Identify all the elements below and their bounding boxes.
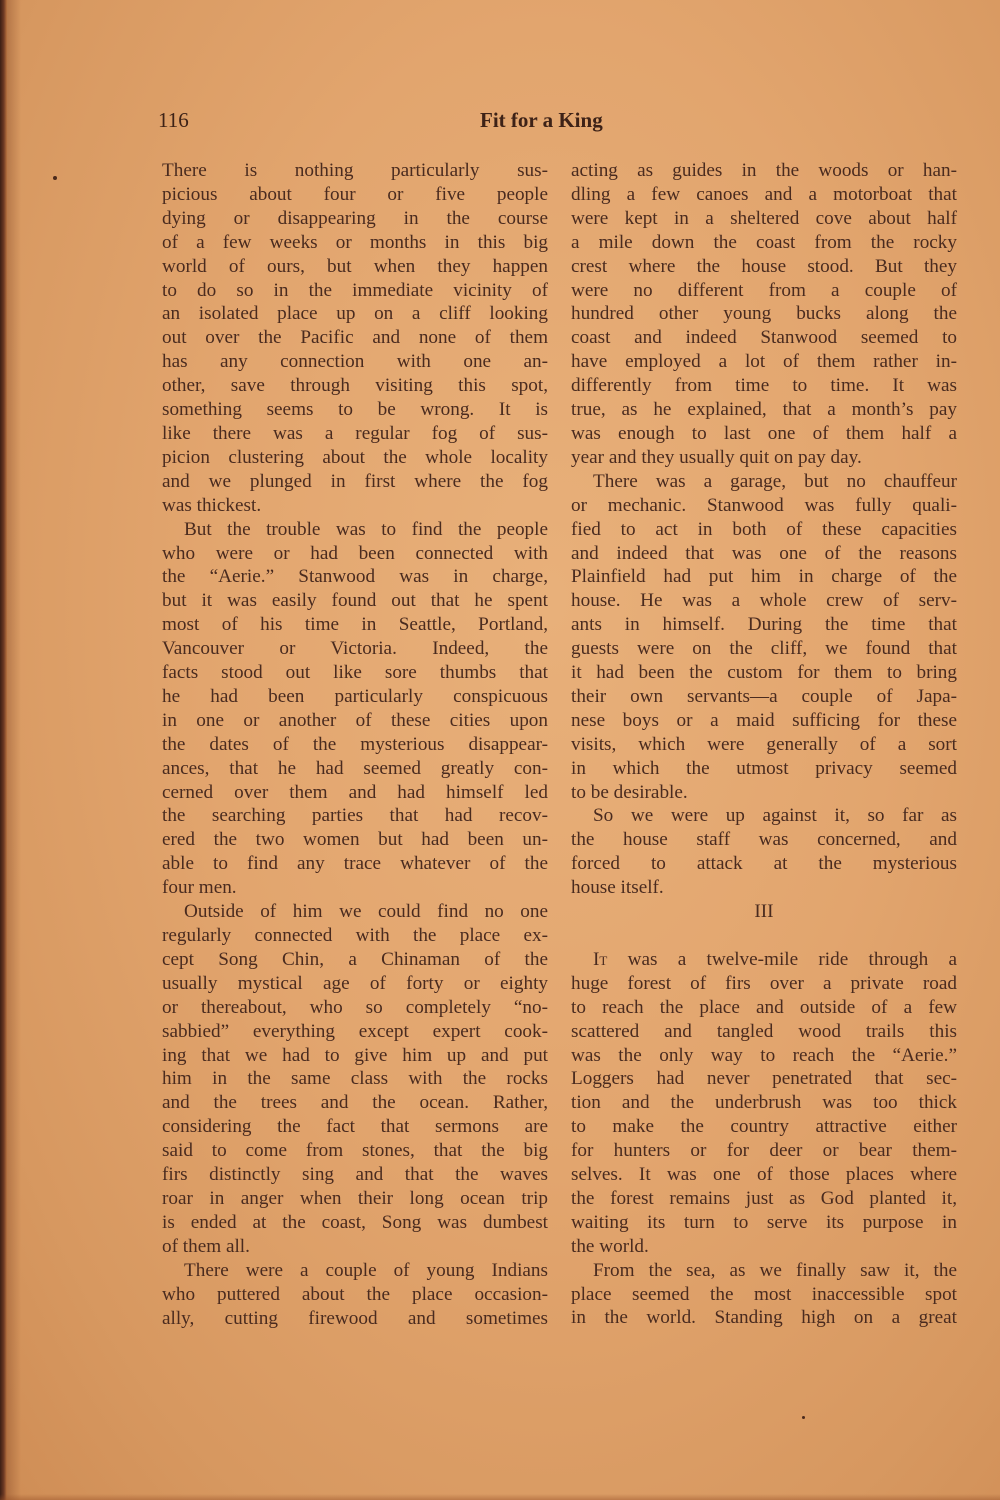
text-line: four men.: [162, 876, 548, 900]
text-line: it had been the custom for them to bring: [571, 661, 957, 685]
text-line: picious about four or five people: [162, 183, 548, 207]
text-line: and we plunged in first where the fog: [162, 470, 548, 494]
text-line: the “Aerie.” Stanwood was in charge,: [162, 565, 548, 589]
text-line: who puttered about the place occasion-: [162, 1283, 548, 1307]
left-text-column: There is nothing particularly sus- picio…: [162, 159, 548, 1330]
text-line: the dates of the mysterious disappear-: [162, 733, 548, 757]
text-line: and indeed that was one of the reasons: [571, 542, 957, 566]
text-line: or thereabout, who so completely “no-: [162, 996, 548, 1020]
text-line: regularly connected with the place ex-: [162, 924, 548, 948]
text-line: him in the same class with the rocks: [162, 1067, 548, 1091]
text-line: their own servants—a couple of Japa-: [571, 685, 957, 709]
text-line: house itself.: [571, 876, 957, 900]
text-line: he had been particularly conspicuous: [162, 685, 548, 709]
text-line: is ended at the coast, Song was dumbest: [162, 1211, 548, 1235]
text-line: the forest remains just as God planted i…: [571, 1187, 957, 1211]
text-line: of them all.: [162, 1235, 548, 1259]
paragraph-start-line: But the trouble was to find the people: [162, 518, 548, 542]
text-line: ing that we had to give him up and put: [162, 1044, 548, 1068]
text-line: year and they usually quit on pay day.: [571, 446, 957, 470]
text-line: has any connection with one an-: [162, 350, 548, 374]
text-line: dling a few canoes and a motorboat that: [571, 183, 957, 207]
text-line: coast and indeed Stanwood seemed to: [571, 326, 957, 350]
text-line: and the trees and the ocean. Rather,: [162, 1091, 548, 1115]
text-line: in one or another of these cities upon: [162, 709, 548, 733]
text-line: Plainfield had put him in charge of the: [571, 565, 957, 589]
text-line: said to come from stones, that the big: [162, 1139, 548, 1163]
text-line: have employed a lot of them rather in-: [571, 350, 957, 374]
text-line: differently from time to time. It was: [571, 374, 957, 398]
text-line: to do so in the immediate vicinity of: [162, 279, 548, 303]
text-line: firs distinctly sing and that the waves: [162, 1163, 548, 1187]
paragraph-start-line: From the sea, as we finally saw it, the: [571, 1259, 957, 1283]
text-line: were kept in a sheltered cove about half: [571, 207, 957, 231]
text-line: cept Song Chin, a Chinaman of the: [162, 948, 548, 972]
text-line: usually mystical age of forty or eighty: [162, 972, 548, 996]
text-line: Loggers had never penetrated that sec-: [571, 1067, 957, 1091]
page-number: 116: [158, 108, 189, 133]
text-line: true, as he explained, that a month’s pa…: [571, 398, 957, 422]
section-heading: III: [571, 900, 957, 924]
text-line: considering the fact that sermons are: [162, 1115, 548, 1139]
text-line: picion clustering about the whole locali…: [162, 446, 548, 470]
paragraph-start-line: There was a garage, but no chauffeur: [571, 470, 957, 494]
text-line: house. He was a whole crew of serv-: [571, 589, 957, 613]
text-line: place seemed the most inaccessible spot: [571, 1283, 957, 1307]
text-line: scattered and tangled wood trails this: [571, 1020, 957, 1044]
text-line: acting as guides in the woods or han-: [571, 159, 957, 183]
text-line: huge forest of firs over a private road: [571, 972, 957, 996]
text-line: the world.: [571, 1235, 957, 1259]
text-line: forced to attack at the mysterious: [571, 852, 957, 876]
text-line: for hunters or for deer or bear them-: [571, 1139, 957, 1163]
paragraph-start-line: So we were up against it, so far as: [571, 804, 957, 828]
text-line: cerned over them and had himself led: [162, 781, 548, 805]
text-line: ered the two women but had been un-: [162, 828, 548, 852]
text-line: able to find any trace whatever of the: [162, 852, 548, 876]
text-line: roar in anger when their long ocean trip: [162, 1187, 548, 1211]
text-line: world of ours, but when they happen: [162, 255, 548, 279]
paragraph-start-line: There were a couple of young Indians: [162, 1259, 548, 1283]
small-caps-lead-word: It: [593, 949, 607, 970]
running-header: 116 Fit for a King: [158, 108, 958, 138]
text-line: a mile down the coast from the rocky: [571, 231, 957, 255]
text-line: were no different from a couple of: [571, 279, 957, 303]
text-line: sabbied” everything except expert cook-: [162, 1020, 548, 1044]
text-line: was enough to last one of them half a: [571, 422, 957, 446]
text-line: like there was a regular fog of sus-: [162, 422, 548, 446]
text-line: something seems to be wrong. It is: [162, 398, 548, 422]
paragraph-start-line: Outside of him we could find no one: [162, 900, 548, 924]
text-line: There is nothing particularly sus-: [162, 159, 548, 183]
text-line: out over the Pacific and none of them: [162, 326, 548, 350]
text-line: crest where the house stood. But they: [571, 255, 957, 279]
text-line: most of his time in Seattle, Portland,: [162, 613, 548, 637]
text-line: in the world. Standing high on a great: [571, 1306, 957, 1330]
text-line: was thickest.: [162, 494, 548, 518]
text-line: the house staff was concerned, and: [571, 828, 957, 852]
text-line: the searching parties that had recov-: [162, 804, 548, 828]
text-line: selves. It was one of those places where: [571, 1163, 957, 1187]
page-binding-edge: [0, 0, 7, 1500]
text-line: to be desirable.: [571, 781, 957, 805]
text-line: ances, that he had seemed greatly con-: [162, 757, 548, 781]
text-line: fied to act in both of these capacities: [571, 518, 957, 542]
text-line: waiting its turn to serve its purpose in: [571, 1211, 957, 1235]
right-text-column: acting as guides in the woods or han- dl…: [571, 159, 957, 1330]
page-bottom-edge: [0, 1494, 1000, 1500]
text-line: ants in himself. During the time that: [571, 613, 957, 637]
text-line: who were or had been connected with: [162, 542, 548, 566]
book-page: 116 Fit for a King There is nothing part…: [0, 0, 1000, 1500]
text-line: was the only way to reach the “Aerie.”: [571, 1044, 957, 1068]
text-line: hundred other young bucks along the: [571, 302, 957, 326]
section-gap: [571, 924, 957, 948]
binding-shadow: [7, 0, 21, 1500]
running-title: Fit for a King: [480, 108, 603, 133]
text-line: but it was easily found out that he spen…: [162, 589, 548, 613]
text-line: or mechanic. Stanwood was fully quali-: [571, 494, 957, 518]
text-line: Vancouver or Victoria. Indeed, the: [162, 637, 548, 661]
paper-speck: [53, 176, 57, 180]
text-line: in which the utmost privacy seemed: [571, 757, 957, 781]
text-line: an isolated place up on a cliff looking: [162, 302, 548, 326]
text-line: to reach the place and outside of a few: [571, 996, 957, 1020]
text-line: other, save through visiting this spot,: [162, 374, 548, 398]
text-line: ally, cutting firewood and sometimes: [162, 1307, 548, 1331]
paper-speck: [802, 1416, 805, 1419]
text-line-remainder: was a twelve-mile ride through a: [607, 949, 957, 970]
text-line: to make the country attractive either: [571, 1115, 957, 1139]
text-line: nese boys or a maid sufficing for these: [571, 709, 957, 733]
section-first-line: It was a twelve-mile ride through a: [571, 948, 957, 972]
text-line: facts stood out like sore thumbs that: [162, 661, 548, 685]
text-line: guests were on the cliff, we found that: [571, 637, 957, 661]
text-line: of a few weeks or months in this big: [162, 231, 548, 255]
text-line: tion and the underbrush was too thick: [571, 1091, 957, 1115]
text-line: dying or disappearing in the course: [162, 207, 548, 231]
text-line: visits, which were generally of a sort: [571, 733, 957, 757]
